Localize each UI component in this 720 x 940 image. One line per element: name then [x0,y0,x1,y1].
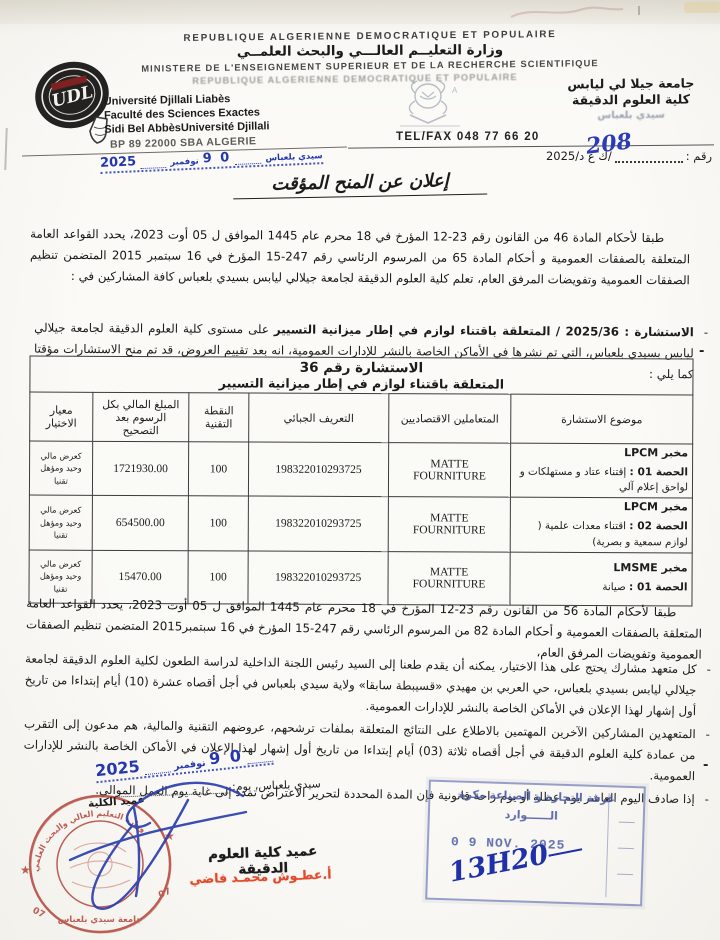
cell-amount: 1721930.00 [92,441,188,496]
university-name-ar: جامعة جيلا لي ليابس [556,75,706,92]
cell-subject: مخبر LPCM الحصة 02 : اقتناء معدات علمية … [510,497,692,552]
cell-subject: مخبر LPCM الحصة 01 : إقتناء عتاد و مستهل… [510,443,692,498]
lot-label: الحصة 01 : [630,466,689,478]
stamp-dots [235,154,261,165]
empty-bullet-dash: - [703,758,708,773]
receipt-divider [605,793,609,897]
column-header-score: النقطة التقنية [189,393,249,442]
empty-bullet-dash: - [699,344,704,359]
cell-operator: MATTE FOURNITURE [388,497,510,552]
cell-operator: MATTE FOURNITURE [388,551,510,605]
pencil-scribble-icon [505,3,635,23]
receipt-field-line [618,848,634,850]
pen-flourish [548,845,582,856]
receipt-incoming-label: الــــــوارد [460,807,603,824]
criterion-line1: كعرض مالي [34,558,88,571]
scan-corner-stain [684,2,720,13]
lot-description: الحصة 02 : اقتناء معدات علمية ( لوازم سم… [515,519,688,550]
cell-operator: MATTE FOURNITURE [388,443,510,498]
date-received-stamp-top: سيدي بلعباس 0 9 نوفمبر 2025 [100,146,323,174]
results-table-wrap: الاستشارة رقم 36 المتعلقة باقتناء لوازم … [28,356,692,606]
pencil-tick-mark [638,6,640,15]
stamp-dots [140,158,166,169]
telfax-line: TEL/FAX 048 77 66 20 [396,131,540,143]
stamp-place: سيدي بلعباس [265,151,323,163]
cell-subject: مخبر LMSME الحصة 01 : صيانة [510,552,692,606]
consultation-ref-bold: الاستشارة : 2025/36 / المتعلقة باقتناء ل… [274,322,694,339]
faculty-name-ar: كلية العلوم الدقيقة [556,91,706,108]
cell-criterion: كعرض ماليوحيد ومؤهل تقنيا [29,495,92,550]
university-block-ar: جامعة جيلا لي ليابس كلية العلوم الدقيقة … [556,75,706,124]
column-header-operators: المتعاملين الاقتصاديين [389,394,511,444]
cell-tax-id: 198322010293725 [248,442,388,497]
criterion-line1: كعرض مالي [34,450,88,463]
faculty-emblem-icon: A [386,79,478,137]
cell-score: 100 [188,496,248,551]
stamp-day: 0 9 [208,746,244,768]
column-header-amount: المبلغ المالي بكل الرسوم بعد التصحيح [93,392,189,441]
ref-handwritten-number: 208 [585,128,634,159]
appeal-bullet-1: - كل متعهد مشارك يحتج على هذا الاختيار، … [24,649,711,723]
lot-description: الحصة 01 : إقتناء عتاد و مستهلكات و لواح… [515,465,688,496]
intro-paragraph: طبقا لأحكام المادة 46 من القانون رقم 23-… [30,224,690,292]
lot-description: الحصة 01 : صيانة [515,580,688,596]
table-row: مخبر LPCM الحصة 01 : إقتناء عتاد و مستهل… [29,441,692,498]
stamp-star-left: ★ [20,863,31,877]
bullet-dash: - [706,659,711,722]
cell-amount: 654500.00 [92,496,188,551]
criterion-line2: وحيد ومؤهل تقنيا [34,516,88,541]
criterion-line2: وحيد ومؤهل تقنيا [34,462,88,487]
appeal-bullet-1-text: كل متعهد مشارك يحتج على هذا الاختيار، يم… [24,649,697,722]
receipt-field-line [619,822,635,824]
svg-text:A: A [452,86,458,95]
bullet-dash: - [705,724,710,787]
lot-text: صيانة [602,581,625,593]
cell-criterion: كعرض ماليوحيد ومؤهل تقنيا [29,441,92,496]
address-line: BP 89 22000 SBA ALGERIE [110,135,257,151]
stamp-dots [247,752,274,765]
criterion-line2: وحيد ومؤهل تقنيا [34,570,88,595]
lab-name: مخبر LPCM [515,446,688,460]
signature-scribble-icon [38,768,270,930]
campus-line-fr: Sidi Bel AbbèsUniversité Djillali [104,119,270,136]
criterion-line1: كعرض مالي [34,504,88,517]
lab-name: مخبر LPCM [515,500,688,514]
cell-tax-id: 198322010293725 [248,496,388,551]
column-header-tax-id: التعريف الجبائي [249,393,389,443]
table-caption: الاستشارة رقم 36 المتعلقة باقتناء لوازم … [30,356,693,395]
city-name-ar: سيدي بلعباس [556,107,706,124]
ref-label: رقم : [686,149,712,163]
stamp-month: نوفمبر [170,157,199,168]
bullet-dash: - [705,789,710,810]
scan-edge-line [4,128,7,170]
table-row: مخبر LPCM الحصة 02 : اقتناء معدات علمية … [29,495,692,552]
ministry-name-ar: وزارة التعليــم العالـــي والبحث العلمــ… [225,42,515,60]
table-header-row: موضوع الاستشارة المتعاملين الاقتصاديين ا… [30,392,693,444]
lab-name: مخبر LMSME [515,561,688,575]
column-header-criterion: معيار الاختيار [30,392,93,441]
university-block-fr: Université Djillali Liabès Faculté des S… [104,91,270,136]
lot-label: الحصة 01 : [629,582,688,594]
table-title-line2: المتعلقة باقتناء لوازم في إطار ميزانية ا… [34,375,688,393]
receipt-field-line [617,874,633,876]
stamp-year: 2025 [100,154,137,171]
stamp-day: 0 9 [202,150,231,166]
lot-label: الحصة 02 : [629,520,688,532]
column-header-subject: موضوع الاستشارة [511,394,693,444]
cell-score: 100 [188,442,248,497]
consultation-results-table: الاستشارة رقم 36 المتعلقة باقتناء لوازم … [28,356,693,606]
scanned-document-page: REPUBLIQUE ALGERIENNE DEMOCRATIQUE ET PO… [0,0,720,940]
announcement-title: إعلان عن المنح المؤقت [233,170,487,200]
